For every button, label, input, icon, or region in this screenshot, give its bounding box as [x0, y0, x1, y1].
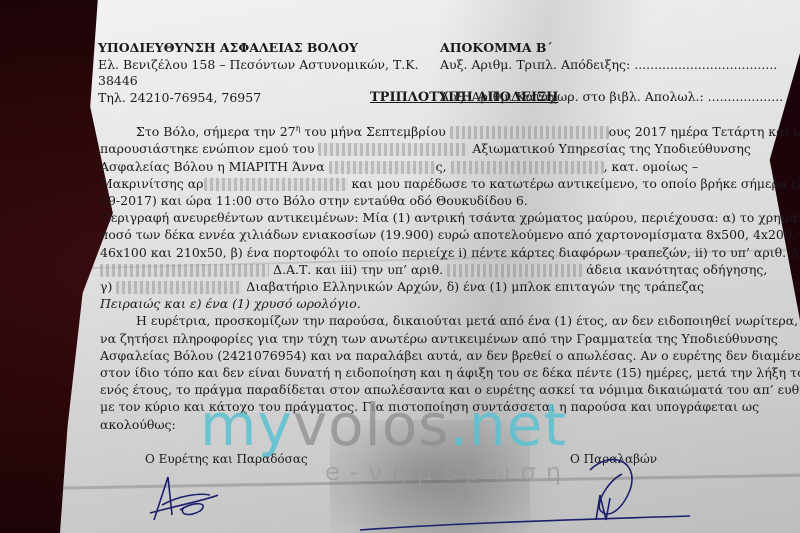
body-text: Πειραιώς και ε) ένα (1) χρυσό ωρολόγιο. — [100, 296, 361, 311]
body-line: Πειραιώς και ε) ένα (1) χρυσό ωρολόγιο. — [100, 295, 790, 312]
redacted-text — [318, 143, 468, 156]
body-text: , κατ. ομοίως – — [604, 159, 699, 174]
body-line: Ασφαλείας Βόλου (2421076954) και να παρα… — [100, 347, 790, 364]
redacted-text — [116, 281, 242, 294]
body-line: να ζητήσει πληροφορίες για την τύχη των … — [100, 330, 790, 347]
body-text: Αξιωματικού Υπηρεσίας της Υποδιεύθυνσης — [468, 141, 751, 156]
body-text: να ζητήσει πληροφορίες για την τύχη των … — [100, 331, 778, 346]
watermark-net: .net — [449, 391, 567, 459]
redacted-text — [329, 161, 436, 174]
body-text: Δ.Α.Τ. και iii) την υπ’ αριθ. — [269, 262, 447, 277]
watermark-my: my — [200, 391, 293, 459]
stub-section: ΑΠΟΚΟΜΜΑ Β΄ — [440, 40, 783, 57]
body-line: στον ίδιο τόπο και δεν είναι δυνατή η ει… — [100, 364, 790, 381]
body-text: 09-2017) και ώρα 11:00 στο Βόλο στην εντ… — [100, 193, 528, 208]
receipt-number-field: Αυξ. Αριθμ. Τριπλ. Απόδειξης: ..........… — [440, 57, 783, 74]
body-text: Στο Βόλο, σήμερα την 27 — [136, 124, 296, 139]
body-text: παρουσιάστηκε ενώπιον εμού του — [100, 141, 318, 156]
document-title: ΤΡΙΠΛΟΤΥΠΗ ΑΠΟΔΕΙΞΗ — [370, 90, 558, 105]
issuer-address: Ελ. Βενιζέλου 158 – Πεσόντων Αστυνομικών… — [98, 57, 419, 74]
redacted-text — [204, 178, 348, 191]
body-text: στον ίδιο τόπο και δεν είναι δυνατή η ει… — [100, 365, 800, 380]
receiver-signature — [360, 450, 700, 533]
body-text: Περιγραφή ανευρεθέντων αντικειμένων: Μία… — [100, 210, 800, 225]
body-text: ους 2017 ημέρα Τετάρτη και ώρα 15:35 — [609, 124, 800, 139]
body-text: του μήνα Σεπτεμβρίου — [300, 124, 449, 139]
body-line: Η ευρέτρια, προσκομίζων την παρούσα, δικ… — [100, 312, 790, 329]
finder-signature — [140, 465, 260, 525]
body-text: Διαβατήριο Ελληνικών Αρχών, δ) ένα (1) μ… — [242, 279, 704, 294]
body-text: Η ευρέτρια, προσκομίζων την παρούσα, δικ… — [136, 313, 798, 328]
body-line: 09-2017) και ώρα 11:00 στο Βόλο στην εντ… — [100, 192, 790, 209]
body-text: άδεια ικανότητας οδήγησης, — [582, 262, 767, 277]
body-text: Ασφαλείας Βόλου η ΜΙΑΡΙΤΗ Άννα — [100, 159, 329, 174]
body-line: Δ.Α.Τ. και iii) την υπ’ αριθ. άδεια ικαν… — [100, 261, 790, 278]
issuer-postcode: 38446 — [98, 73, 419, 90]
issuer-authority: ΥΠΟΔΙΕΥΘΥΝΣΗ ΑΣΦΑΛΕΙΑΣ ΒΟΛΟΥ — [98, 40, 419, 57]
body-text: ποσό των δέκα εννέα χιλιάδων ενιακοσίων … — [100, 227, 796, 242]
redacted-text — [450, 126, 609, 139]
body-line: παρουσιάστηκε ενώπιον εμού του Αξιωματικ… — [100, 140, 790, 157]
redacted-text — [451, 161, 604, 174]
receipt-body: Στο Βόλο, σήμερα την 27η του μήνα Σεπτεμ… — [100, 120, 790, 433]
finder-signature-label: Ο Ευρέτης και Παραδόσας — [145, 452, 308, 466]
body-text: 46x100 και 210x50, β) ένα πορτοφόλι το ο… — [100, 245, 800, 260]
body-text: Μακρινίτσης αρ — [100, 176, 204, 191]
body-text: Ασφαλείας Βόλου (2421076954) και να παρα… — [100, 348, 800, 363]
body-line: ποσό των δέκα εννέα χιλιάδων ενιακοσίων … — [100, 226, 790, 243]
redacted-text — [447, 264, 582, 277]
body-line: Περιγραφή ανευρεθέντων αντικειμένων: Μία… — [100, 209, 790, 226]
watermark-logo: myvolos.net — [200, 396, 567, 454]
body-text: ακολούθως: — [100, 417, 176, 432]
watermark-volos: volos — [293, 391, 450, 459]
body-line: 46x100 και 210x50, β) ένα πορτοφόλι το ο… — [100, 244, 790, 261]
redacted-text — [100, 264, 269, 277]
body-line: Μακρινίτσης αρ και μου παρέδωσε το κατωτ… — [100, 175, 790, 192]
body-line: γ) Διαβατήριο Ελληνικών Αρχών, δ) ένα (1… — [100, 278, 790, 295]
body-line: Ασφαλείας Βόλου η ΜΙΑΡΙΤΗ Άννα ς, , κατ.… — [100, 158, 790, 175]
body-text: ς, — [436, 159, 451, 174]
body-line: Στο Βόλο, σήμερα την 27η του μήνα Σεπτεμ… — [100, 120, 790, 140]
body-text: και μου παρέδωσε το κατωτέρω αντικείμενο… — [348, 176, 800, 191]
body-text: γ) — [100, 279, 116, 294]
